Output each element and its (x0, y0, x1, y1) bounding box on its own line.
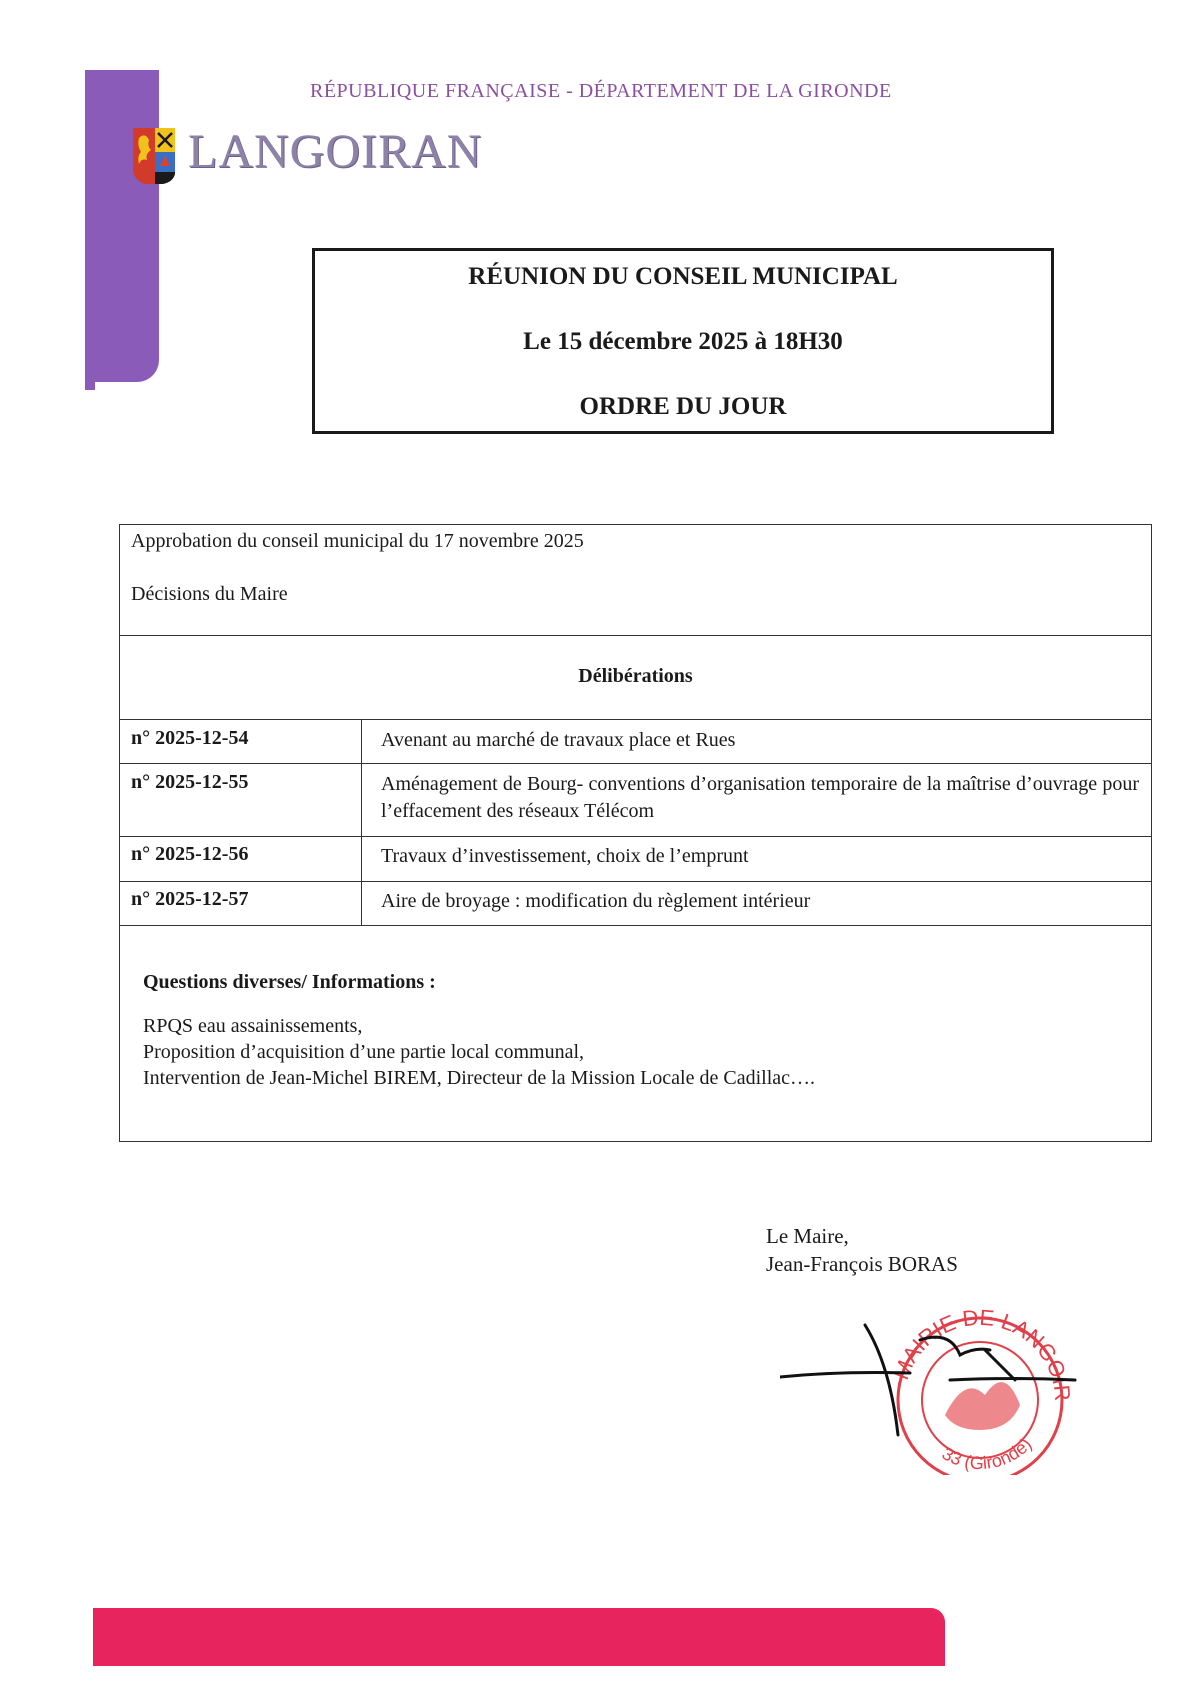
row-divider (120, 719, 1151, 720)
row-divider (120, 635, 1151, 636)
deliberation-subject: Aménagement de Bourg- conventions d’orga… (381, 771, 1139, 825)
town-crest-icon (133, 128, 175, 184)
meeting-date: Le 15 décembre 2025 à 18H30 (315, 328, 1051, 356)
signatory-role: Le Maire, (766, 1222, 958, 1250)
row-divider (120, 763, 1151, 764)
deliberation-number: n° 2025-12-54 (131, 727, 248, 750)
republic-department-line: RÉPUBLIQUE FRANÇAISE - DÉPARTEMENT DE LA… (310, 80, 892, 103)
agenda-intro-item: Décisions du Maire (131, 583, 288, 606)
meeting-title: RÉUNION DU CONSEIL MUNICIPAL (315, 263, 1051, 291)
deliberations-heading: Délibérations (120, 665, 1151, 688)
question-item: Intervention de Jean-Michel BIREM, Direc… (143, 1067, 815, 1090)
agenda-table: Approbation du conseil municipal du 17 n… (119, 524, 1152, 1142)
deliberation-number: n° 2025-12-57 (131, 888, 248, 911)
deliberation-subject: Travaux d’investissement, choix de l’emp… (381, 843, 1139, 870)
row-divider (120, 836, 1151, 837)
pink-footer-band (93, 1608, 945, 1666)
signature-block: Le Maire, Jean-François BORAS (766, 1222, 958, 1278)
row-divider (120, 925, 1151, 926)
deliberation-number: n° 2025-12-56 (131, 843, 248, 866)
purple-side-band (85, 70, 159, 382)
row-divider (120, 881, 1151, 882)
signatory-name: Jean-François BORAS (766, 1250, 958, 1278)
svg-text:33 (Gironde): 33 (Gironde) (939, 1434, 1036, 1473)
meeting-header-box: RÉUNION DU CONSEIL MUNICIPAL Le 15 décem… (312, 248, 1054, 434)
deliberation-subject: Aire de broyage : modification du règlem… (381, 888, 1139, 915)
deliberation-subject: Avenant au marché de travaux place et Ru… (381, 727, 1139, 754)
agenda-title: ORDRE DU JOUR (315, 393, 1051, 421)
questions-heading: Questions diverses/ Informations : (143, 971, 436, 994)
agenda-intro-item: Approbation du conseil municipal du 17 n… (131, 530, 584, 553)
svg-text:MAIRIE DE LANGOIRAN: MAIRIE DE LANGOIRAN (780, 1305, 1075, 1402)
column-divider (361, 719, 362, 925)
official-stamp-signature-icon: MAIRIE DE LANGOIRAN 33 (Gironde) (780, 1305, 1100, 1475)
question-item: Proposition d’acquisition d’une partie l… (143, 1041, 584, 1064)
town-name: LANGOIRAN (188, 124, 482, 179)
deliberation-number: n° 2025-12-55 (131, 771, 248, 794)
question-item: RPQS eau assainissements, (143, 1015, 362, 1038)
